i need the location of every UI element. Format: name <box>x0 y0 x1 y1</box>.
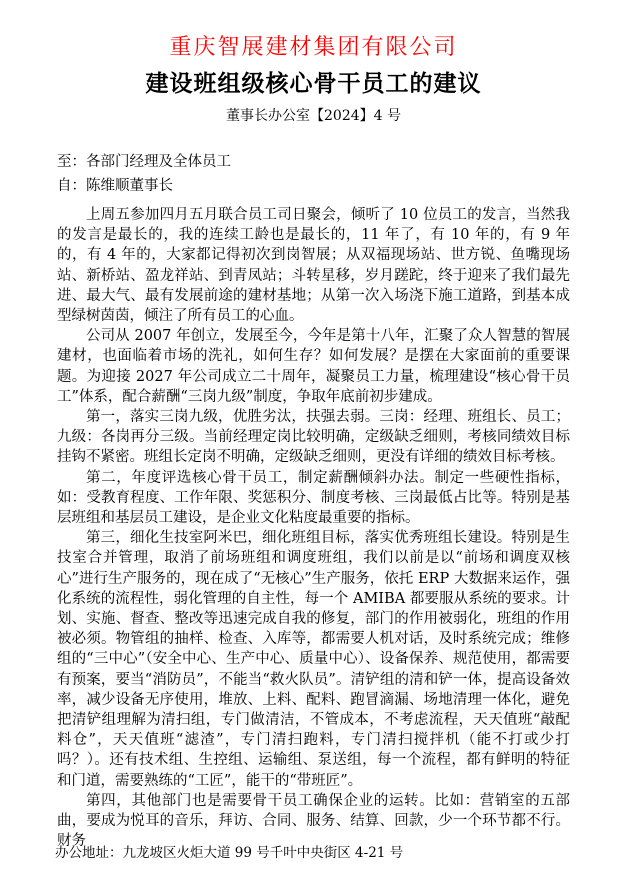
body-paragraph-point-2: 第二，年度评选核心骨干员工，制定薪酬倾斜办法。制定一些硬性指标，如：受教育程度、… <box>57 468 570 529</box>
body-paragraph-company-history: 公司从 2007 年创立，发展至今，今年是第十八年，汇聚了众人智慧的智展建材，也… <box>57 326 570 407</box>
document-title: 建设班组级核心骨干员工的建议 <box>57 69 570 99</box>
footer-address: 办公地址：九龙坡区火炬大道 99 号千叶中央街区 4-21 号 <box>55 844 403 862</box>
company-name: 重庆智展建材集团有限公司 <box>57 34 570 62</box>
body-paragraph-intro: 上周五参加四月五月联合员工司日聚会，倾听了 10 位员工的发言，当然我的发言是最… <box>57 205 570 326</box>
body-paragraph-point-4: 第四，其他部门也是需要骨干员工确保企业的运转。比如：营销室的五部曲，要成为悦耳的… <box>57 791 570 852</box>
body-paragraph-point-3: 第三，细化生技室阿米巴，细化班组目标，落实优秀班组长建设。特别是生技室合并管理，… <box>57 528 570 791</box>
recipient-line: 至：各部门经理及全体员工 <box>57 150 570 174</box>
document-number: 董事长办公室【2024】4 号 <box>57 106 570 126</box>
document-page: 重庆智展建材集团有限公司 建设班组级核心骨干员工的建议 董事长办公室【2024】… <box>0 0 627 886</box>
recipient-block: 至：各部门经理及全体员工 自：陈维顺董事长 <box>57 150 570 198</box>
sender-line: 自：陈维顺董事长 <box>57 174 570 198</box>
body-paragraph-point-1: 第一，落实三岗九级，优胜劣汰，扶强去弱。三岗：经理、班组长、员工；九级：各岗再分… <box>57 407 570 468</box>
document-body: 上周五参加四月五月联合员工司日聚会，倾听了 10 位员工的发言，当然我的发言是最… <box>57 205 570 852</box>
